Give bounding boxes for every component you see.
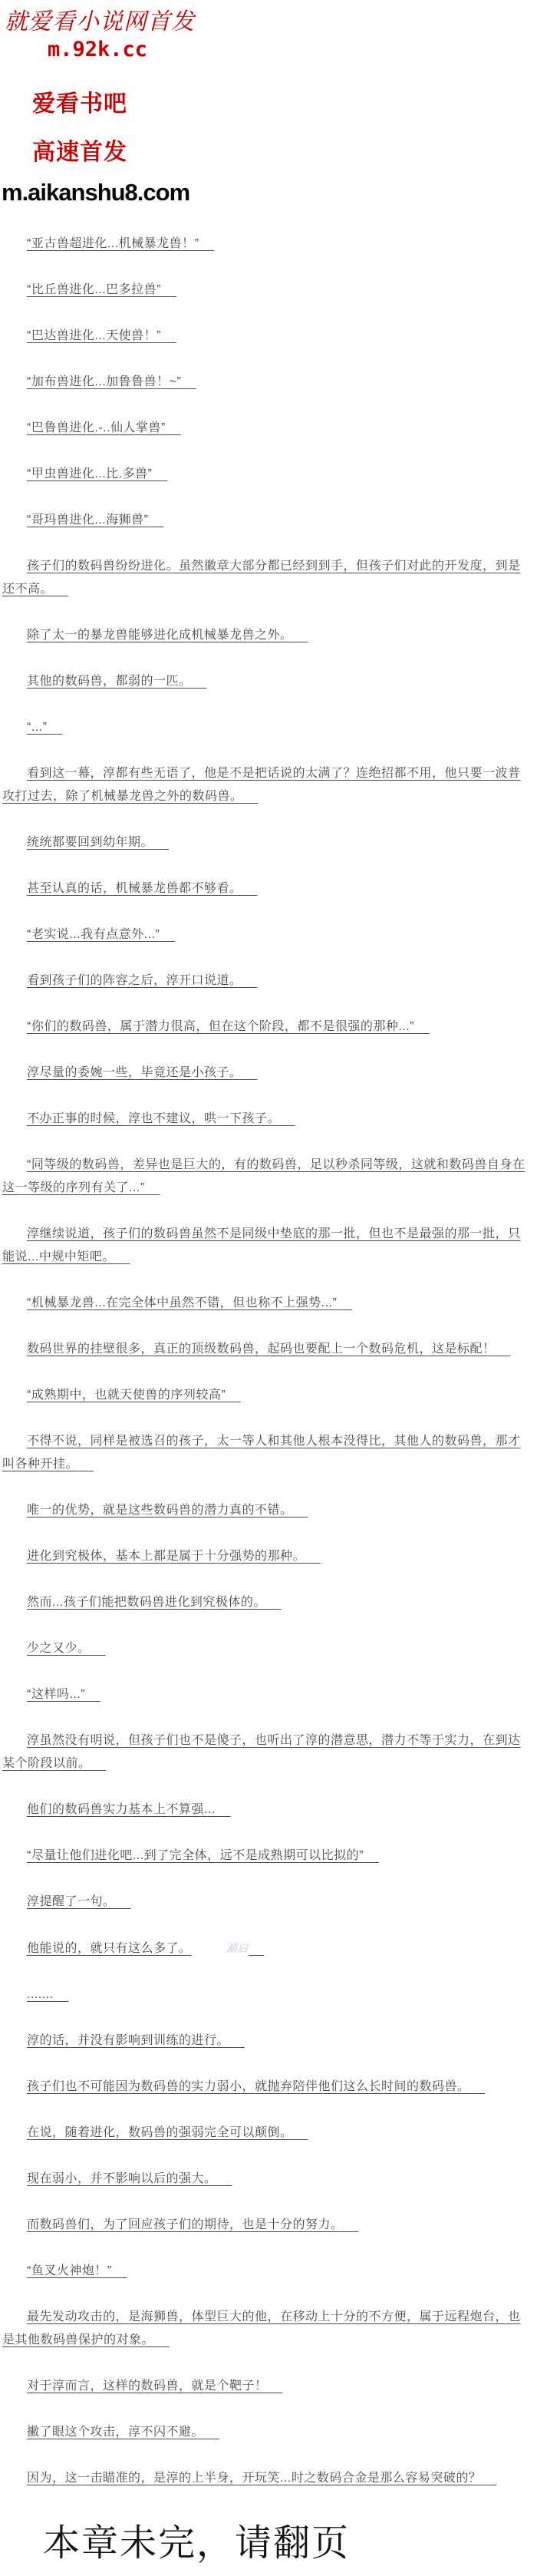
- paragraph: “巴鲁兽进化.-..仙人掌兽”: [2, 417, 532, 440]
- paragraph: 不办正事的时候，淳也不建议，哄一下孩子。: [2, 1108, 532, 1131]
- paragraph: “同等级的数码兽，差异也是巨大的，有的数码兽，足以秒杀同等级，这就和数码兽自身在…: [2, 1154, 532, 1200]
- paragraph: “老实说...我有点意外...”: [2, 923, 532, 946]
- paragraph: 然而...孩子们能把数码兽进化到究极体的。: [2, 1591, 532, 1614]
- paragraph: 淳的话，并没有影响到训练的进行。: [2, 2029, 532, 2053]
- paragraph: 淳继续说道，孩子们的数码兽虽然不是同级中垫底的那一批，但也不是最强的那一批，只能…: [2, 1223, 532, 1269]
- paragraph: 其他的数码兽，都弱的一匹。: [2, 670, 532, 693]
- paragraph: 进化到究极体，基本上都是属于十分强势的那种。: [2, 1545, 532, 1568]
- paragraph: 淳虽然没有明说，但孩子们也不是傻子，也听出了淳的潜意思，潜力不等于实力，在到达某…: [2, 1729, 532, 1775]
- paragraph: “比丘兽进化...巴多拉兽”: [2, 279, 532, 302]
- paragraph: “哥玛兽进化...海狮兽”: [2, 509, 532, 532]
- paragraph: 统统都要回到幼年期。: [2, 831, 532, 854]
- paragraph: “甲虫兽进化...比.多兽”: [2, 463, 532, 486]
- chapter-text: “亚古兽超进化...机械暴龙兽！”“比丘兽进化...巴多拉兽”“巴达兽进化...…: [0, 233, 537, 2490]
- faint-watermark: 涮启: [199, 1937, 253, 1960]
- promo-line-2: 高速首发: [32, 133, 537, 167]
- paragraph: 现在弱小，并不影响以后的强大。: [2, 2168, 532, 2191]
- promo-line-1: 爱看书吧: [32, 84, 537, 118]
- site-name-calligraphy: 就爱看小说网首发: [5, 9, 537, 36]
- paragraph: “你们的数码兽，属于潜力很高，但在这个阶段，都不是很强的那种...”: [2, 1016, 532, 1039]
- paragraph: “机械暴龙兽...在完全体中虽然不错，但也称不上强势...”: [2, 1292, 532, 1315]
- paragraph: 淳尽量的委婉一些，毕竟还是小孩子。: [2, 1062, 532, 1085]
- paragraph: 甚至认真的话，机械暴龙兽都不够看。: [2, 877, 532, 900]
- paragraph: 而数码兽们，为了回应孩子们的期待，也是十分的努力。: [2, 2214, 532, 2237]
- paragraph: “尽量让他们进化吧...到了完全体，远不是成熟期可以比拟的”: [2, 1844, 532, 1868]
- paragraph: 淳提醒了一句。: [2, 1891, 532, 1914]
- paragraph: 对于淳而言，这样的数码兽，就是个靶子！: [2, 2375, 532, 2398]
- paragraph: “巴达兽进化...天使兽！”: [2, 325, 532, 348]
- paragraph: .......: [2, 1983, 532, 2006]
- paragraph: “...”: [2, 716, 532, 739]
- paragraph: “这样吗...”: [2, 1683, 532, 1706]
- paragraph: 除了太一的暴龙兽能够进化成机械暴龙兽之外。: [2, 624, 532, 647]
- paragraph: 看到孩子们的阵容之后，淳开口说道。: [2, 969, 532, 992]
- paragraph: 最先发动攻击的，是海狮兽，体型巨大的他，在移动上十分的不方便，属于远程炮台，也是…: [2, 2306, 532, 2352]
- paragraph: 少之又少。: [2, 1637, 532, 1660]
- paragraph: “鱼叉火神炮！”: [2, 2260, 532, 2283]
- paragraph: 看到这一幕，淳都有些无语了，他是不是把话说的太满了？连绝招都不用，他只要一波普攻…: [2, 762, 532, 808]
- novel-page: 就爱看小说网首发 m.92k.cc 爱看书吧 高速首发 m.aikanshu8.…: [0, 0, 537, 2566]
- paragraph: 他能说的，就只有这么多了。涮启: [2, 1937, 532, 1960]
- paragraph: 在说，随着进化，数码兽的强弱完全可以颠倒。: [2, 2122, 532, 2145]
- watermark-header: 就爱看小说网首发 m.92k.cc 爱看书吧 高速首发 m.aikanshu8.…: [0, 9, 537, 206]
- paragraph: 孩子们的数码兽纷纷进化。虽然徽章大部分都已经到到手，但孩子们对此的开发度，到是还…: [2, 555, 532, 601]
- paragraph: “亚古兽超进化...机械暴龙兽！”: [2, 233, 532, 256]
- paragraph: 孩子们也不可能因为数码兽的实力弱小，就抛弃陪伴他们这么长时间的数码兽。: [2, 2076, 532, 2099]
- paragraph: 撇了眼这个攻击，淳不闪不避。: [2, 2421, 532, 2444]
- paragraph: “成熟期中，也就天使兽的序列较高”: [2, 1384, 532, 1407]
- paragraph: 不得不说，同样是被选召的孩子，太一等人和其他人根本没得比，其他人的数码兽，那才叫…: [2, 1430, 532, 1476]
- paragraph: 他们的数码兽实力基本上不算强...: [2, 1798, 532, 1821]
- paragraph: 数码世界的挂壁很多，真正的顶级数码兽，起码也要配上一个数码危机，这是标配！: [2, 1338, 532, 1361]
- site-url: m.92k.cc: [48, 38, 537, 61]
- paragraph: “加布兽进化...加鲁鲁兽！~”: [2, 371, 532, 394]
- paragraph: 因为，这一击瞄准的，是淳的上半身，开玩笑...时之数码合金是那么容易突破的？: [2, 2467, 532, 2490]
- page-turn-notice: 本章未完，请翻页: [43, 2513, 537, 2566]
- paragraph: 唯一的优势，就是这些数码兽的潜力真的不错。: [2, 1499, 532, 1522]
- promo-site-url: m.aikanshu8.com: [2, 179, 537, 206]
